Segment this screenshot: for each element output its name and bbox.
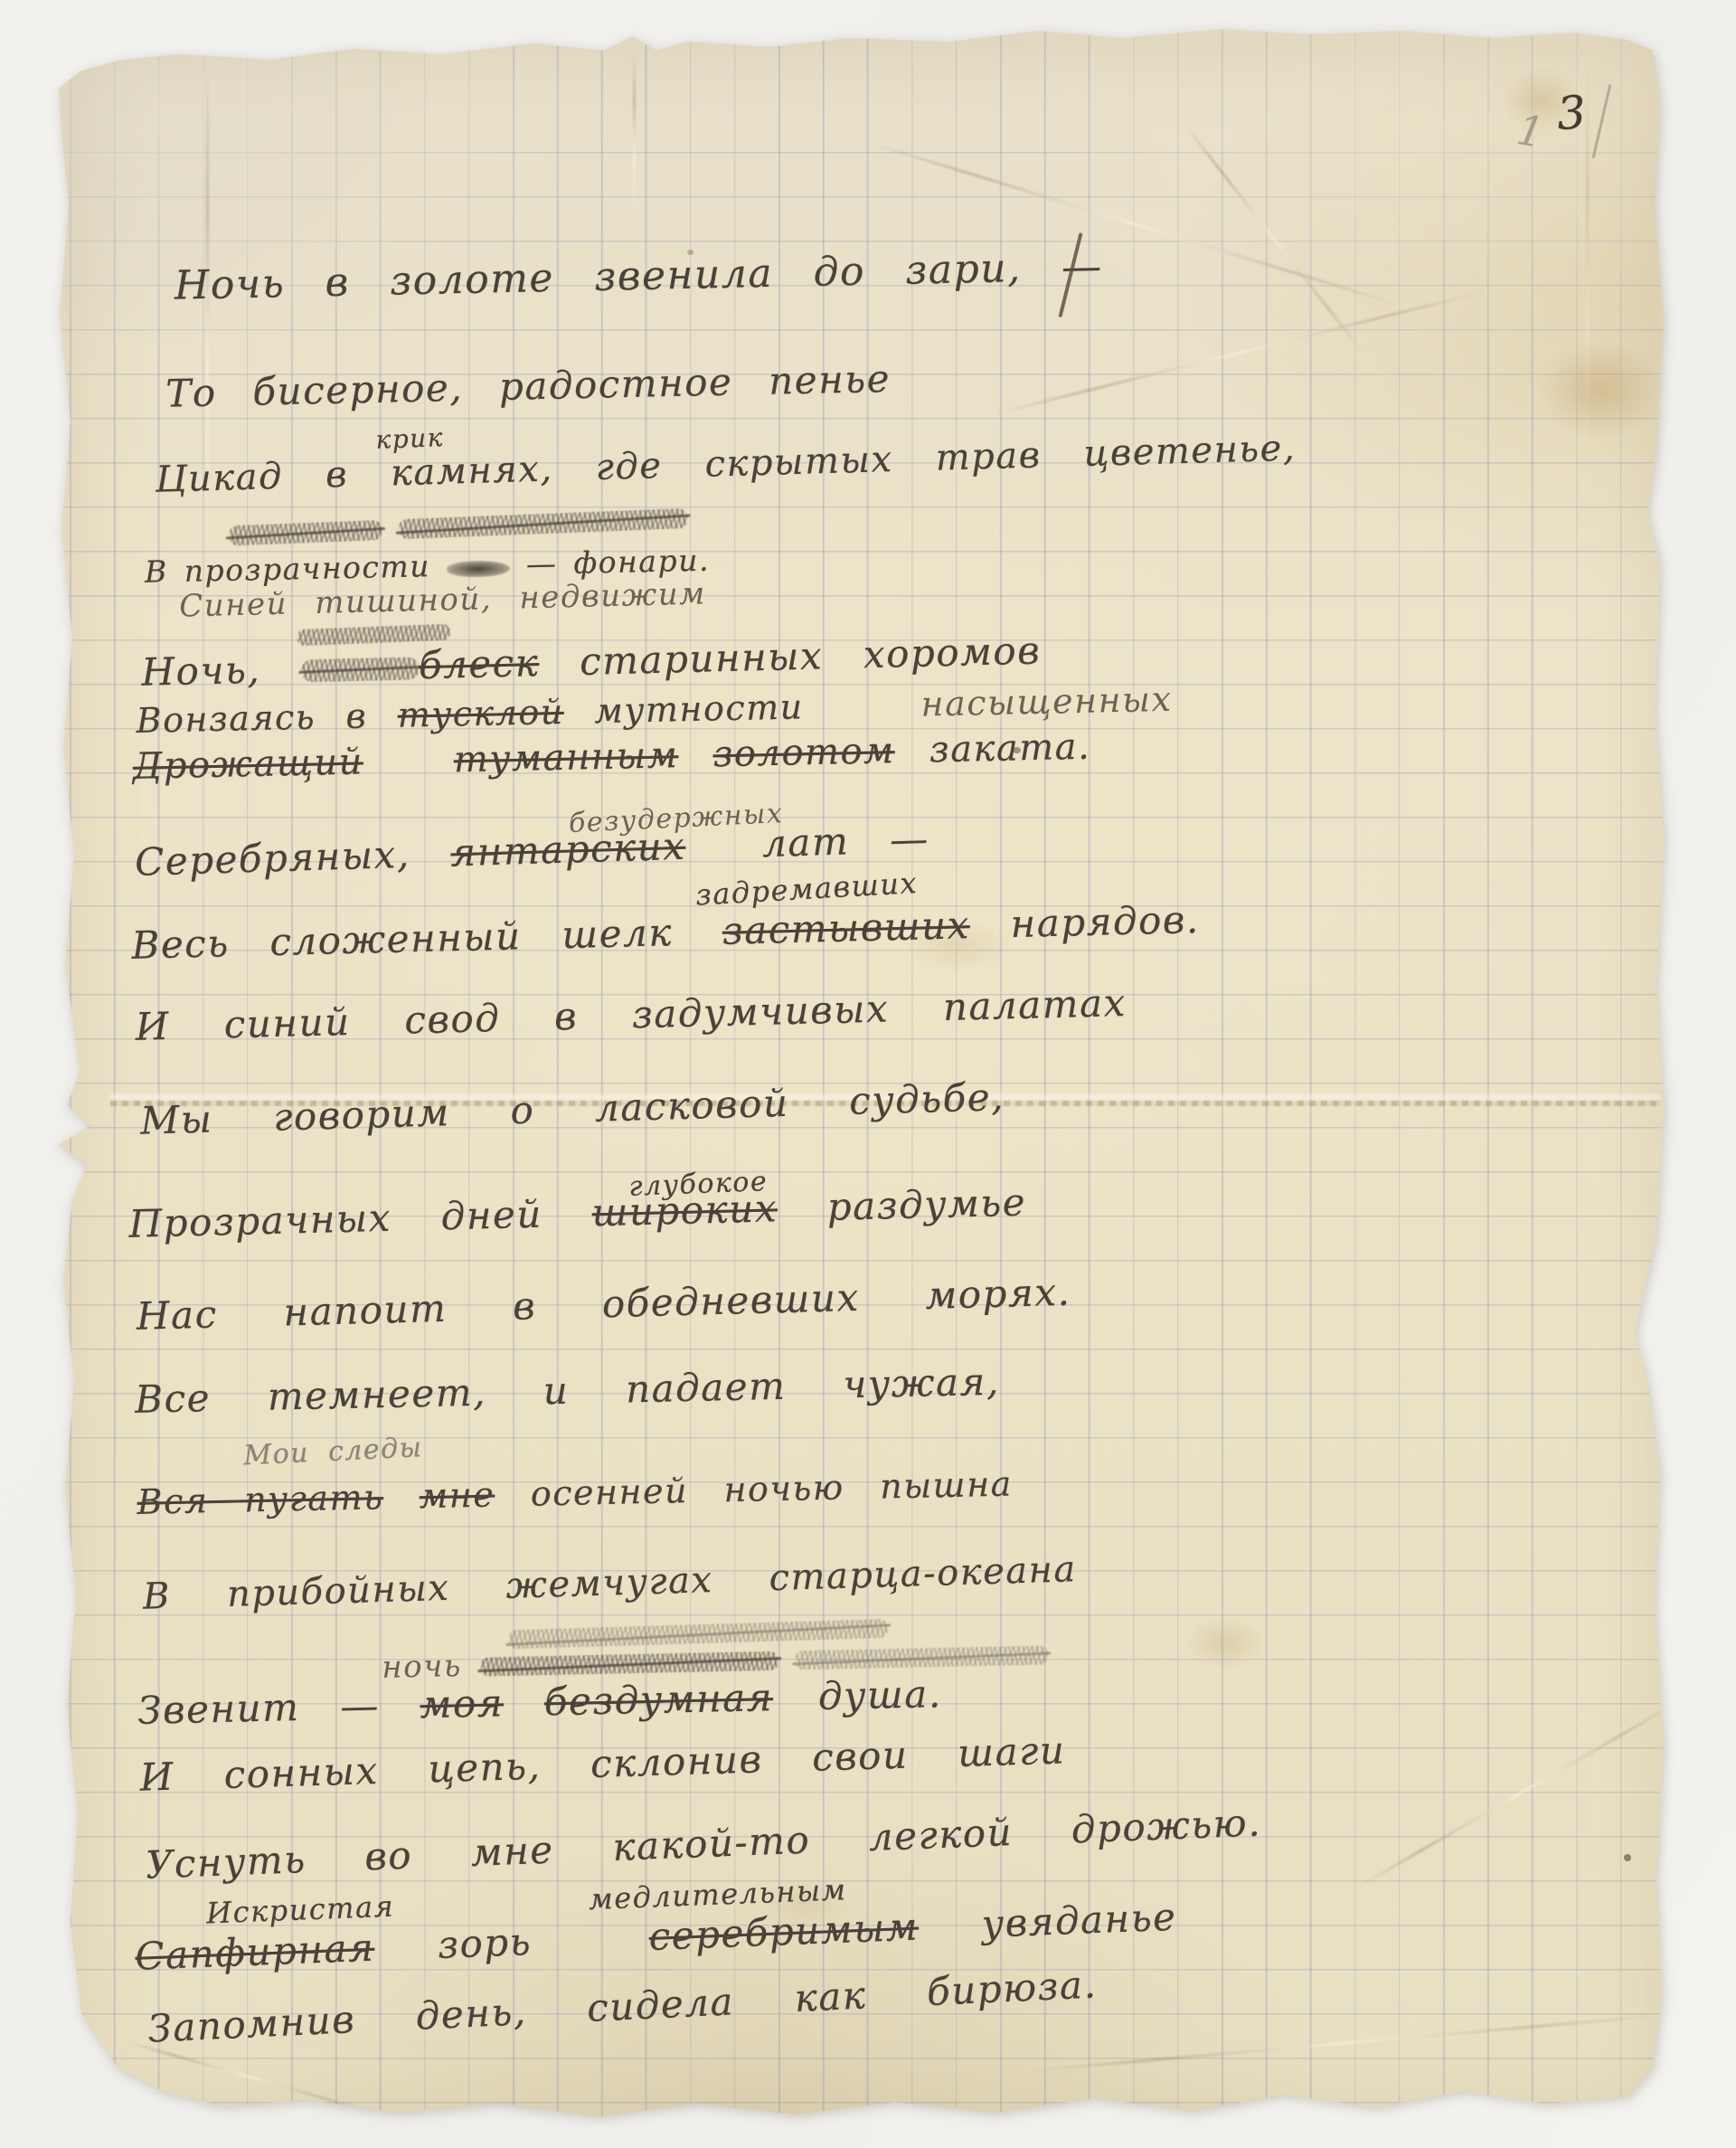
struck-word: серебримым [648,1905,920,1959]
handwritten-text: крик [375,422,445,455]
handwritten-text: Искристая [206,1889,395,1931]
handwritten-text: увяданье [918,1895,1177,1949]
handwritten-text: душа. [817,1671,942,1718]
handwritten-text: Ночь в золоте звенила до зари, — [174,243,1103,308]
handwritten-text: Мои следы [243,1432,424,1471]
poem-line-12: Нас напоит в обедневших морях. [136,1270,1071,1339]
struck-word: янтарских [450,824,686,875]
handwriting-layer: Ночь в золоте звенила до зари, —То бисер… [0,0,1736,2148]
insertion-krik: крик [375,422,445,455]
illegible-scribble [480,1651,778,1676]
handwritten-text [678,733,713,776]
poem-line-3: Цикад в камнях, где скрытых трав цветень… [155,428,1297,501]
handwritten-text: заката. [894,726,1091,772]
word-gap [778,1668,795,1669]
word-gap [804,715,921,719]
poem-line-8: Весь сложенный шелкзастывших нарядов. [131,897,1200,968]
scanned-manuscript-page: Ночь в золоте звенила до зари, —То бисер… [0,0,1736,2148]
poem-line-10: Мы говорим о ласковой судьбе, [139,1074,1005,1143]
word-gap [382,537,399,539]
handwritten-text: Вонзаясь в [136,695,398,741]
handwritten-text: Запомнив день, сидела как бирюза. [147,1962,1099,2050]
struck-word: бездумная [543,1675,773,1724]
handwritten-text: И синий свод в задумчивых палатах [135,980,1127,1049]
handwritten-text: насыщенных [920,679,1173,724]
handwritten-text: Нас напоит в обедневших морях. [136,1270,1071,1339]
struck-word: Сапфирная [134,1926,375,1979]
word-gap [595,1949,649,1952]
struck-word: тусклой [397,692,564,735]
poem-line-1: Ночь в золоте звенила до зари, — [174,243,1103,308]
poem-line-17: И сонных цепь, склонив свои шаги [139,1727,1066,1799]
struck-word: Дрожащий [132,741,363,787]
handwritten-text: старинных хоромов [539,629,1042,686]
word-gap [686,857,722,859]
illegible-scribble [398,508,688,539]
handwritten-text: И сонных цепь, склонив свои шаги [139,1727,1066,1799]
insertion-pencil-moi-sledy: Мои следы [243,1432,424,1471]
word-gap [773,1708,818,1710]
illegible-scribble [795,1646,1048,1670]
word-gap [673,943,722,945]
handwritten-text: ночь [382,1648,481,1686]
struck-word: застывших [722,903,970,953]
poem-line-13: Все темнеет, и падает чужая, [135,1359,1000,1422]
poem-line-18: Уснуть во мне какой-то легкой дрожью. [145,1800,1262,1887]
poem-line-9: И синий свод в задумчивых палатах [135,980,1127,1049]
handwritten-text: Уснуть во мне какой-то легкой дрожью. [145,1800,1262,1887]
struck-word: туманным [453,734,679,781]
poem-line-11: Прозрачных дней широких раздумье [128,1180,1027,1246]
struck-word: Вся пугать [137,1477,383,1522]
handwritten-text: раздумье [777,1180,1026,1231]
handwritten-text [503,1680,544,1725]
handwritten-text: Звенит — [137,1682,420,1733]
ink-blot [447,560,510,578]
struck-word: широких [591,1186,778,1235]
insertion-iskristaya: Искристая [206,1889,395,1931]
struck-word: золотом [712,730,895,775]
handwritten-text: зорь [373,1916,595,1969]
handwritten-text: осенней ночью пышна [495,1464,1013,1515]
handwritten-text: Прозрачных дней [128,1190,592,1246]
handwritten-text: лат — [722,817,930,867]
word-gap [363,771,454,773]
poem-line-15: В прибойных жемчугах старца-океана [142,1548,1077,1618]
handwritten-text: Весь сложенный шелк [131,910,674,968]
poem-line-20: Запомнив день, сидела как бирюза. [147,1962,1099,2050]
poem-line-16: Звенит — моя бездумнаядуша. [137,1671,942,1733]
handwritten-text: В прибойных жемчугах старца-океана [142,1548,1077,1618]
handwritten-text: Серебряных, [134,830,451,884]
handwritten-text: То бисерное, радостное пенье [165,356,892,416]
poem-line-14: Вся пугать мне осенней ночью пышна [137,1464,1013,1522]
handwritten-text [383,1476,420,1517]
struck-word: мне [419,1475,495,1517]
illegible-scribble [301,657,420,682]
struck-word: моя [420,1680,504,1727]
handwritten-text: Цикад в камнях, где скрытых трав цветень… [155,428,1297,501]
illegible-scribble [229,520,383,545]
page-number: 3 [1555,86,1588,140]
handwritten-text: Все темнеет, и падает чужая, [135,1359,1000,1422]
handwritten-text: мутности [563,686,804,732]
handwritten-text: нарядов. [969,897,1200,947]
handwritten-text: Мы говорим о ласковой судьбе, [139,1074,1005,1143]
poem-line-2: То бисерное, радостное пенье [165,356,892,416]
handwritten-text: Ночь, [141,646,302,694]
struck-word: блеск [418,640,540,687]
